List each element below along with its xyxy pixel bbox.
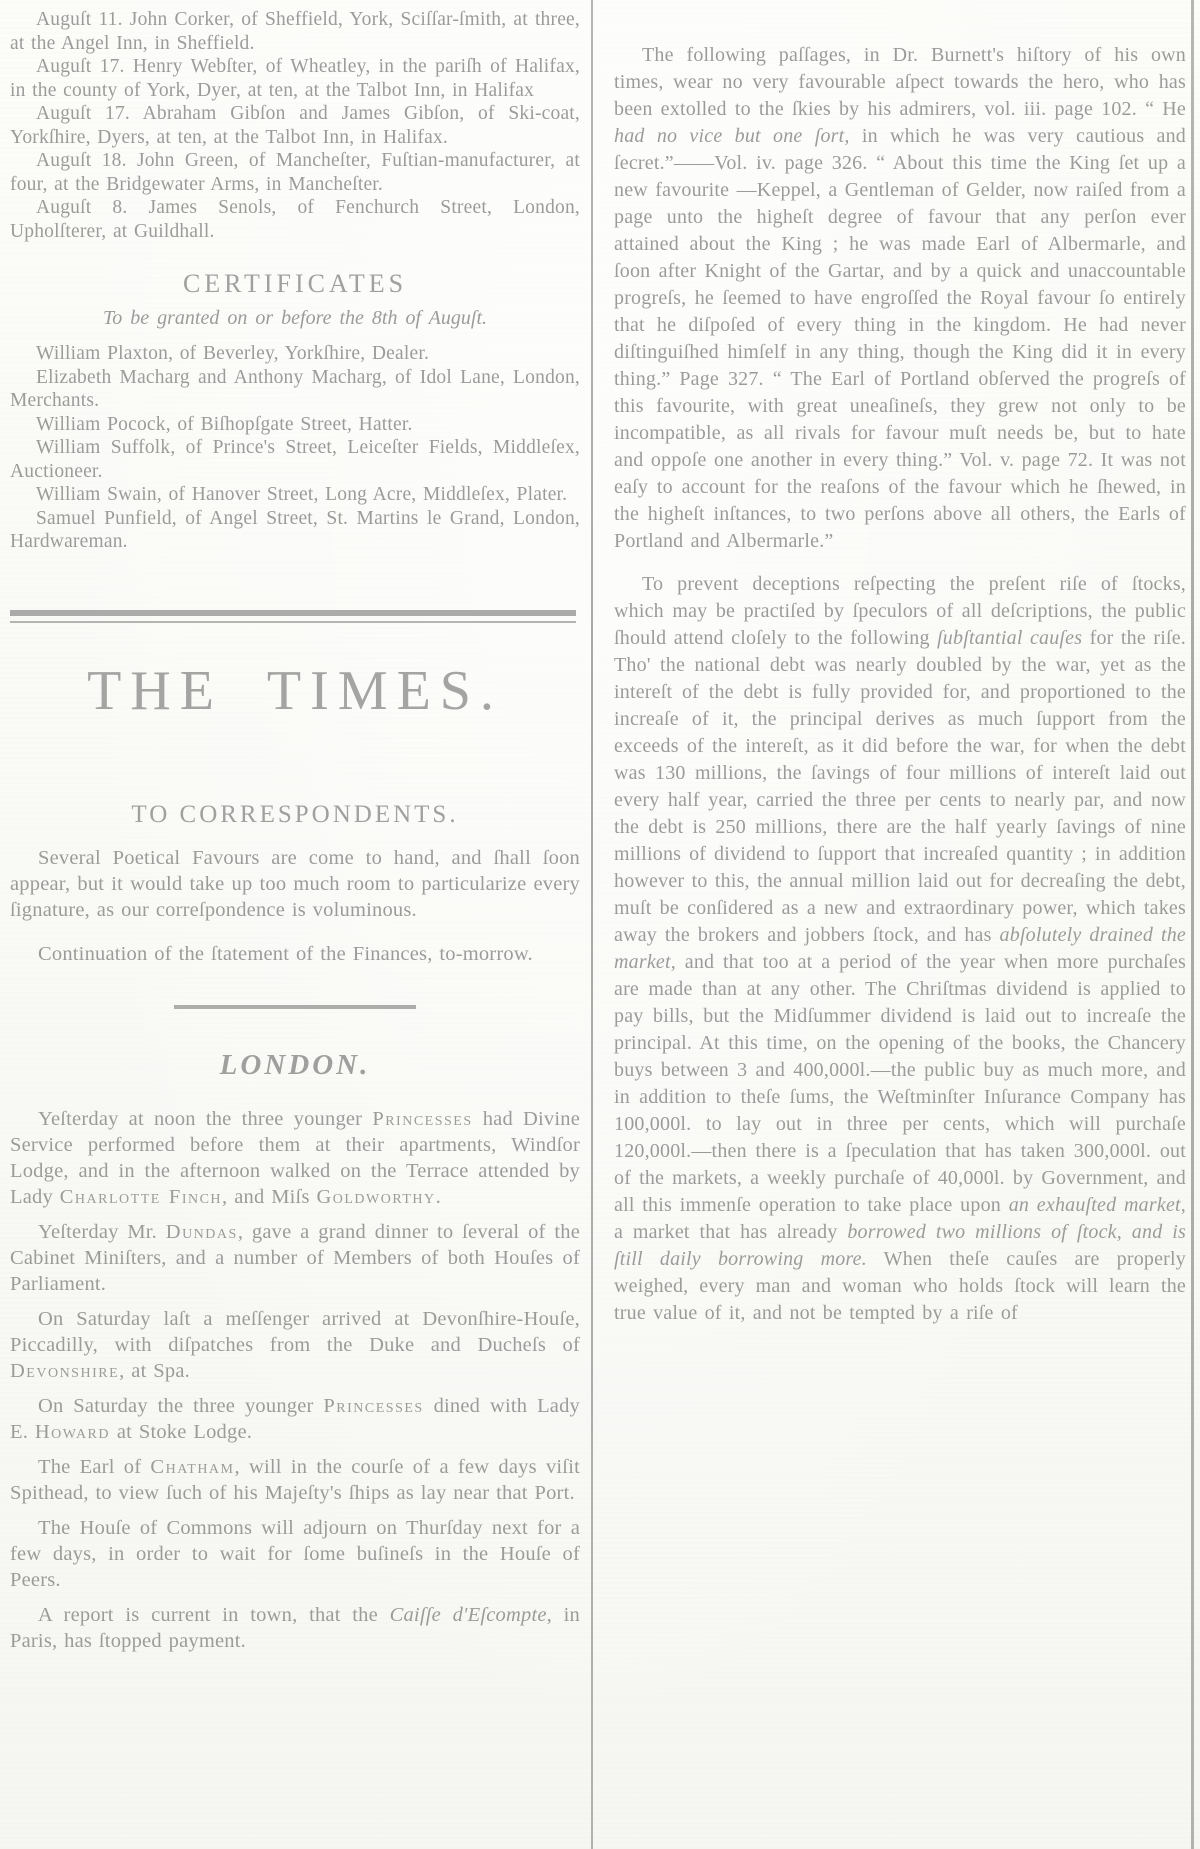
bankruptcy-notices-section: Auguſt 11. John Corker, of Sheffield, Yo… bbox=[10, 8, 580, 243]
section-divider-short-rule bbox=[174, 1005, 416, 1009]
certificates-subtitle: To be granted on or before the 8th of Au… bbox=[10, 307, 580, 330]
correspondents-section: TO CORRESPONDENTS. Several Poetical Favo… bbox=[10, 801, 580, 967]
bankruptcy-notice: Auguſt 8. James Senols, of Fenchurch Str… bbox=[10, 196, 580, 243]
london-news-paragraph: A report is current in town, that the Ca… bbox=[10, 1602, 580, 1654]
article-paragraph-burnett-history: The following paſſages, in Dr. Burnett's… bbox=[614, 42, 1186, 555]
bankruptcy-notice: Auguſt 11. John Corker, of Sheffield, Yo… bbox=[10, 8, 580, 55]
certificate-entry: William Plaxton, of Beverley, Yorkſhire,… bbox=[10, 342, 580, 366]
london-news-paragraph: On Saturday laſt a meſſenger arrived at … bbox=[10, 1306, 580, 1384]
section-divider-double-rule bbox=[10, 610, 576, 623]
london-news-paragraph: On Saturday the three younger Princesses… bbox=[10, 1393, 580, 1445]
london-news-paragraph: The Earl of Chatham, will in the courſe … bbox=[10, 1454, 580, 1506]
bankruptcy-notice: Auguſt 18. John Green, of Mancheſter, Fu… bbox=[10, 149, 580, 196]
correspondents-paragraph: Continuation of the ſtatement of the Fin… bbox=[10, 941, 580, 967]
london-news-paragraph: Yeſterday at noon the three younger Prin… bbox=[10, 1106, 580, 1210]
correspondents-paragraph: Several Poetical Favours are come to han… bbox=[10, 845, 580, 923]
page-edge-rule bbox=[1191, 0, 1194, 1849]
newspaper-page: Auguſt 11. John Corker, of Sheffield, Yo… bbox=[0, 0, 1200, 1849]
london-news-paragraph: Yeſterday Mr. Dundas, gave a grand dinne… bbox=[10, 1219, 580, 1297]
certificate-entry: Elizabeth Macharg and Anthony Macharg, o… bbox=[10, 366, 580, 413]
certificate-entry: William Pocock, of Biſhopſgate Street, H… bbox=[10, 413, 580, 437]
bankruptcy-notice: Auguſt 17. Henry Webſter, of Wheatley, i… bbox=[10, 55, 580, 102]
article-paragraph-stocks-rise: To prevent deceptions reſpecting the pre… bbox=[614, 571, 1186, 1327]
bankruptcy-notice: Auguſt 17. Abraham Gibſon and James Gibſ… bbox=[10, 102, 580, 149]
certificate-entry: William Suffolk, of Prince's Street, Lei… bbox=[10, 436, 580, 483]
certificate-entry: Samuel Punfield, of Angel Street, St. Ma… bbox=[10, 507, 580, 554]
london-section: LONDON. Yeſterday at noon the three youn… bbox=[10, 1049, 580, 1654]
to-correspondents-heading: TO CORRESPONDENTS. bbox=[10, 801, 580, 829]
london-heading: LONDON. bbox=[10, 1049, 580, 1082]
certificates-heading: CERTIFICATES bbox=[10, 269, 580, 299]
left-column: Auguſt 11. John Corker, of Sheffield, Yo… bbox=[10, 8, 580, 1663]
masthead-title: THE TIMES. bbox=[10, 659, 580, 723]
london-news-paragraph: The Houſe of Commons will adjourn on Thu… bbox=[10, 1515, 580, 1593]
column-divider-rule bbox=[591, 0, 593, 1849]
certificate-entry: William Swain, of Hanover Street, Long A… bbox=[10, 483, 580, 507]
right-column: The following paſſages, in Dr. Burnett's… bbox=[614, 0, 1186, 1343]
certificates-section: CERTIFICATES To be granted on or before … bbox=[10, 269, 580, 554]
